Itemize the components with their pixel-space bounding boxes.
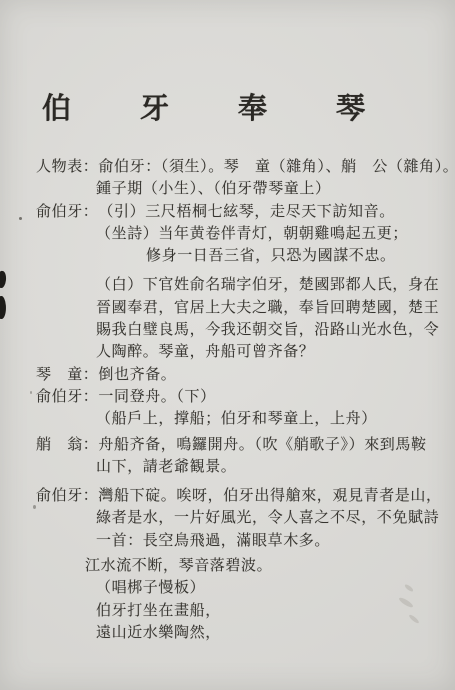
script-line: 人陶醉。琴童，舟船可曾齐备？ xyxy=(96,341,436,363)
line-text: 修身一日吾三省，只恐为國謀不忠。 xyxy=(146,248,396,264)
scanned-script-page: 伯 牙 奉 琴 人物表：俞伯牙：（須生）。琴 童（雜角）、艄 公（雜角）。 鍾子… xyxy=(0,0,455,690)
script-line: 江水流不断，琴音落碧波。 xyxy=(85,555,436,577)
paper-speck xyxy=(30,391,32,394)
speaker-label: 俞伯牙： xyxy=(36,386,98,408)
line-text: 遠山近水樂陶然， xyxy=(96,625,221,641)
line-text: 灣船下碇。唉呀，伯牙出得艙來，覌見青者是山， xyxy=(98,488,441,504)
speaker-label: 俞伯牙： xyxy=(36,201,98,223)
line-text: 綠者是水，一片好風光，令人喜之不尽，不免賦詩 xyxy=(96,510,439,526)
binding-ink-mark xyxy=(0,271,7,289)
line-text: （白）下官姓俞名瑞字伯牙，楚國郢都人氏，身在 xyxy=(96,277,439,293)
script-line: 艄 翁：舟船齐备，鳴鑼開舟。（吹《艄歌子》）來到馬鞍 xyxy=(36,434,436,456)
script-line: 綠者是水，一片好風光，令人喜之不尽，不免賦詩 xyxy=(96,507,436,529)
line-text: 一首：長空鳥飛過，滿眼草木多。 xyxy=(96,533,330,549)
line-text: （引）三尺梧桐七絃琴，走尽天下訪知音。 xyxy=(98,204,394,220)
script-line: 修身一日吾三省，只恐为國謀不忠。 xyxy=(146,245,436,267)
script-line: 伯牙打坐在畫船， xyxy=(96,600,436,622)
script-line: （白）下官姓俞名瑞字伯牙，楚國郢都人氏，身在 xyxy=(96,274,436,296)
line-text: （船戶上，撑船；伯牙和琴童上，上舟） xyxy=(96,411,377,427)
line-text: 人陶醉。琴童，舟船可曾齐备？ xyxy=(96,344,314,360)
script-line: 一首：長空鳥飛過，滿眼草木多。 xyxy=(96,530,436,552)
script-line: 遠山近水樂陶然， xyxy=(96,622,436,644)
script-line: 賜我白璧良馬，今我还朝交旨，沿路山光水色，令 xyxy=(96,319,436,341)
line-text: 倒也齐备。 xyxy=(98,367,176,383)
script-line: （船戶上，撑船；伯牙和琴童上，上舟） xyxy=(96,408,436,430)
script-line: 鍾子期（小生）、（伯牙帶琴童上） xyxy=(96,178,436,200)
line-text: 晉國奉君，官居上大夫之職，奉旨回聘楚國，楚王 xyxy=(96,300,439,316)
line-text: 鍾子期（小生）、（伯牙帶琴童上） xyxy=(96,181,331,197)
speaker-label: 艄 翁： xyxy=(36,434,98,456)
line-text: 江水流不断，琴音落碧波。 xyxy=(85,558,272,574)
speaker-label: 人物表： xyxy=(36,156,98,178)
line-text: 賜我白璧良馬，今我还朝交旨，沿路山光水色，令 xyxy=(96,322,439,338)
line-text: （坐詩）当年黄卷伴青灯，朝朝雞鳴起五更； xyxy=(96,226,408,242)
script-line: 山下，請老爺観景。 xyxy=(96,456,436,478)
script-line: 俞伯牙：（引）三尺梧桐七絃琴，走尽天下訪知音。 xyxy=(36,201,436,223)
paper-speck xyxy=(19,217,22,220)
script-line: 俞伯牙：一同登舟。（下） xyxy=(36,386,436,408)
line-text: （唱梆子慢板） xyxy=(96,580,205,596)
script-line: 晉國奉君，官居上大夫之職，奉旨回聘楚國，楚王 xyxy=(96,297,436,319)
line-text: 一同登舟。（下） xyxy=(98,389,215,405)
line-text: 俞伯牙：（須生）。琴 童（雜角）、艄 公（雜角）。 xyxy=(98,159,455,175)
paper-speck xyxy=(33,505,36,509)
page-title: 伯 牙 奉 琴 xyxy=(0,86,441,127)
script-line: （坐詩）当年黄卷伴青灯，朝朝雞鳴起五更； xyxy=(96,223,436,245)
speaker-label: 俞伯牙： xyxy=(36,485,98,507)
script-line: 琴 童：倒也齐备。 xyxy=(36,364,436,386)
speaker-label: 琴 童： xyxy=(36,364,98,386)
binding-ink-mark xyxy=(0,296,7,320)
script-line: 俞伯牙：灣船下碇。唉呀，伯牙出得艙來，覌見青者是山， xyxy=(36,485,436,507)
script-line: 人物表：俞伯牙：（須生）。琴 童（雜角）、艄 公（雜角）。 xyxy=(36,156,436,178)
script-line: （唱梆子慢板） xyxy=(96,577,436,599)
script-body: 人物表：俞伯牙：（須生）。琴 童（雜角）、艄 公（雜角）。 鍾子期（小生）、（伯… xyxy=(36,156,436,644)
line-text: 山下，請老爺観景。 xyxy=(96,459,236,475)
line-text: 伯牙打坐在畫船， xyxy=(96,603,221,619)
line-text: 舟船齐备，鳴鑼開舟。（吹《艄歌子》）來到馬鞍 xyxy=(98,437,426,453)
